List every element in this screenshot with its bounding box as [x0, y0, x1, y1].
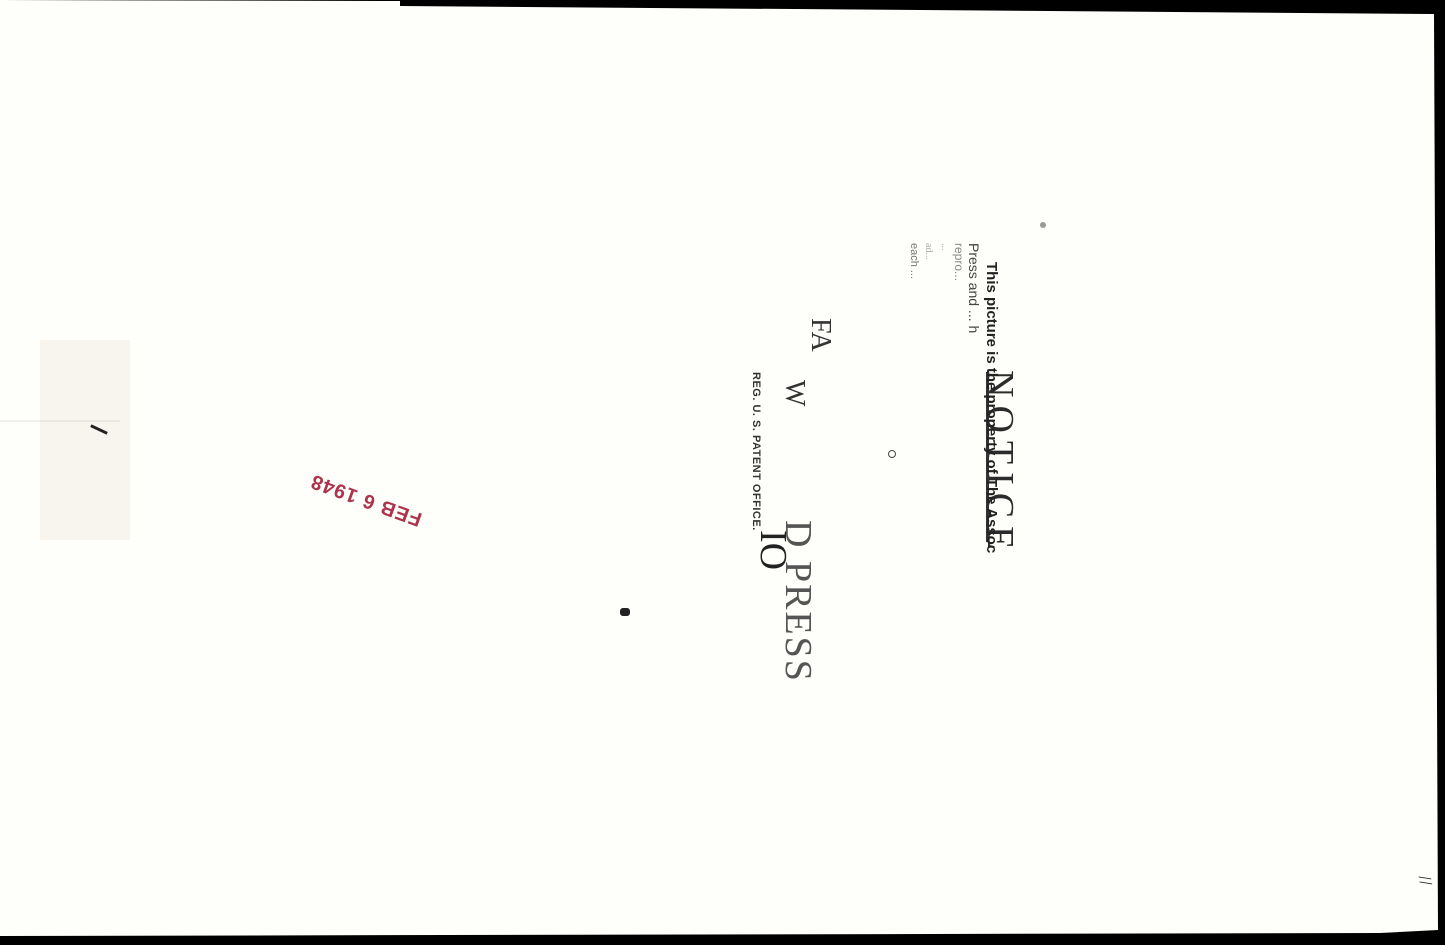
notice-line-2: Press and ... h [966, 243, 982, 333]
ink-speck [620, 608, 630, 616]
notice-line-3: repro... [952, 243, 966, 281]
ink-speck [888, 450, 896, 458]
margin-note: // [1414, 874, 1436, 888]
notice-line-1: This picture is the property of The Asso… [983, 262, 1000, 553]
notice-line-4: ... [939, 243, 950, 251]
photo-back-paper: NOTICE This picture is the property of T… [0, 0, 1443, 936]
notice-line-5: ad... [923, 243, 934, 260]
stamp-fragment-w: W [778, 380, 810, 406]
ink-speck [1040, 222, 1046, 228]
stamp-fragment-io: IO [751, 530, 795, 570]
paper-fold [0, 420, 120, 422]
notice-line-6: each ... [908, 243, 920, 279]
patent-registration: REG. U. S. PATENT OFFICE. [750, 372, 762, 531]
date-stamp: FEB 6 1948 [308, 469, 426, 531]
paper-discoloration [40, 340, 130, 540]
stamp-fragment-agency: FA [804, 318, 836, 352]
